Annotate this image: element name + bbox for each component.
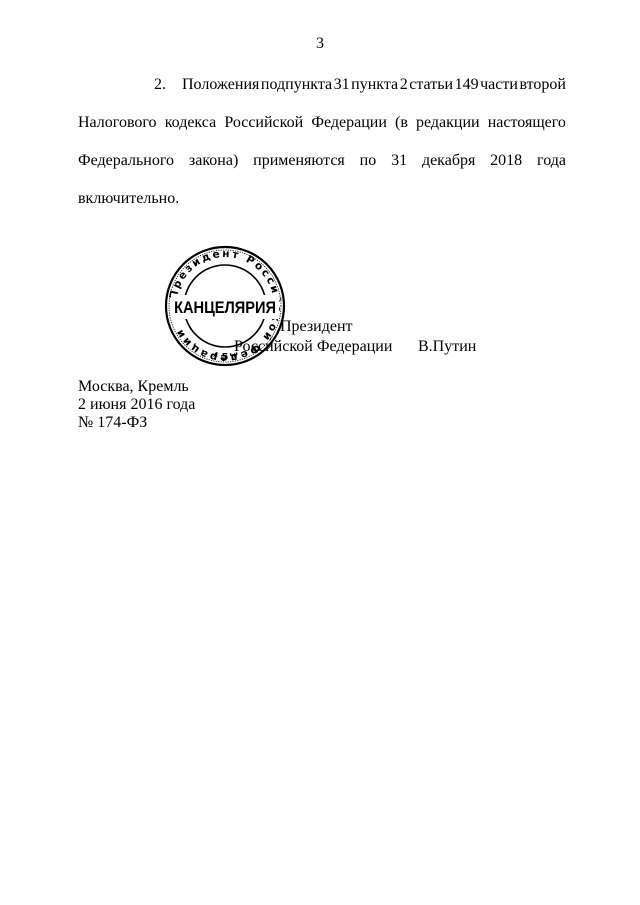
signature-title-line1: Президент [280, 317, 353, 337]
footer-date: 2 июня 2016 года [78, 396, 195, 414]
word: 31 [334, 75, 350, 95]
word: года [537, 151, 566, 171]
word: редакции [416, 113, 480, 133]
svg-text:КАНЦЕЛЯРИЯ: КАНЦЕЛЯРИЯ [174, 299, 276, 317]
signature-name: В.Путин [418, 337, 476, 357]
word: Российской [224, 113, 303, 133]
word: статьи [409, 75, 453, 95]
word: по [360, 151, 377, 171]
word: настоящего [488, 113, 566, 133]
signature-title-line2: Российской Федерации [234, 337, 392, 357]
word: Федерации [311, 113, 387, 133]
word: части [480, 75, 518, 95]
paragraph-line-2: Налогового кодекса Российской Федерации … [78, 113, 566, 133]
word: 31 [391, 151, 407, 171]
word: включительно. [78, 189, 179, 209]
word: Положения [182, 75, 259, 95]
footer-place: Москва, Кремль [78, 378, 195, 396]
word: кодекса [165, 113, 217, 133]
word: второй [519, 75, 566, 95]
word: 149 [455, 75, 479, 95]
paragraph-line-3: Федерального закона) применяются по 31 д… [78, 151, 566, 171]
footer-law-number: № 174-ФЗ [78, 414, 195, 432]
paragraph-number: 2. [154, 75, 166, 95]
document-footer: Москва, Кремль 2 июня 2016 года № 174-ФЗ [78, 378, 195, 432]
word: подпункта [261, 75, 332, 95]
word: (в [395, 113, 408, 133]
paragraph-line-4: включительно. [78, 189, 566, 209]
word: пункта [351, 75, 398, 95]
word: 2018 [490, 151, 522, 171]
paragraph-line-1: 2. Положения подпункта 31 пункта 2 стать… [78, 75, 566, 95]
word: закона) [189, 151, 238, 171]
word: применяются [253, 151, 345, 171]
word: 2 [400, 75, 408, 95]
page-number: 3 [0, 34, 640, 54]
word: декабря [422, 151, 475, 171]
word: Федерального [78, 151, 174, 171]
word: Налогового [78, 113, 157, 133]
